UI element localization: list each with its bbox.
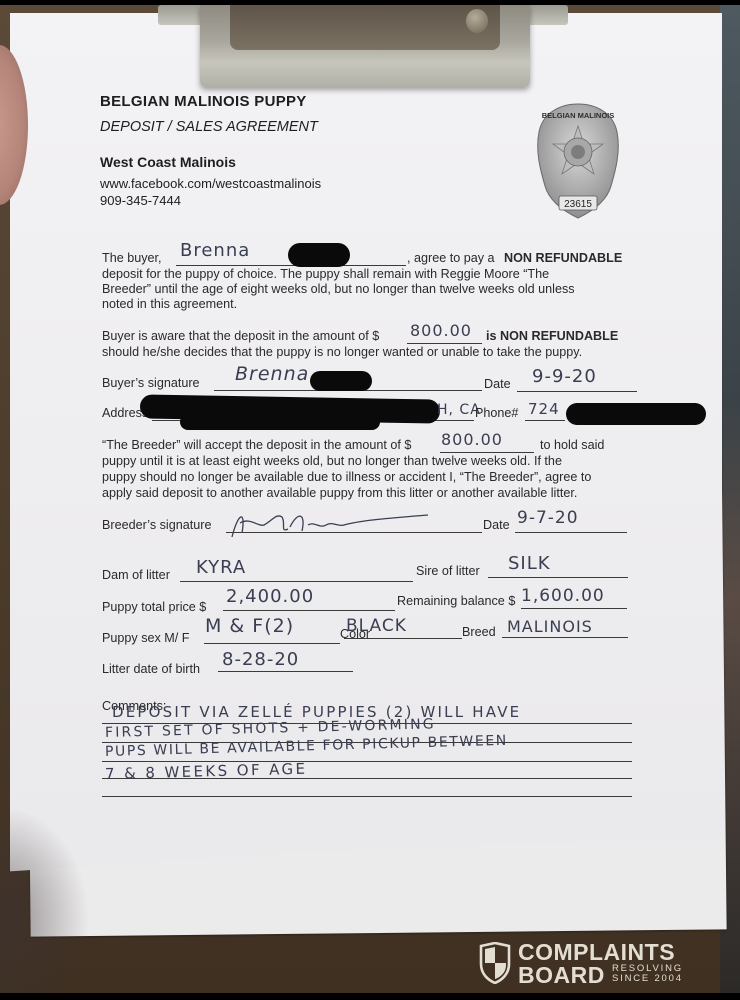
p3-line4: apply said deposit to another available … — [102, 486, 577, 501]
p3-line2: puppy until it is at least eight weeks o… — [102, 454, 562, 469]
dob-field[interactable]: 8-28-20 — [222, 652, 299, 667]
document-subtitle: DEPOSIT / SALES AGREEMENT — [100, 120, 318, 135]
balance-label: Remaining balance $ — [397, 594, 515, 609]
breeder-date-label: Date — [483, 518, 510, 533]
breeder-date-field[interactable]: 9-7-20 — [517, 511, 579, 526]
p3-suffix: to hold said — [540, 438, 604, 453]
svg-text:BELGIAN MALINOIS: BELGIAN MALINOIS — [542, 111, 615, 120]
redaction — [288, 243, 350, 267]
p1-line4: noted in this agreement. — [102, 297, 237, 312]
redaction — [310, 371, 372, 391]
svg-text:23615: 23615 — [564, 199, 592, 210]
p3-line3: puppy should no longer be available due … — [102, 470, 591, 485]
deposit-amount-field[interactable]: 800.00 — [410, 323, 472, 338]
document-title: BELGIAN MALINOIS PUPPY — [100, 94, 307, 109]
breeder-deposit-field[interactable]: 800.00 — [441, 432, 503, 447]
p1-line3: Breeder” until the age of eight weeks ol… — [102, 282, 575, 297]
breed-label: Breed — [462, 625, 496, 640]
dam-label: Dam of litter — [102, 568, 170, 583]
redaction — [566, 403, 706, 425]
badge-logo: 23615 BELGIAN MALINOIS — [533, 102, 623, 220]
breeder-signature-field[interactable] — [228, 503, 438, 543]
company-name: West Coast Malinois — [100, 155, 236, 170]
sire-label: Sire of litter — [416, 564, 480, 579]
breed-field[interactable]: MALINOIS — [507, 619, 593, 634]
clipboard-clip — [158, 5, 568, 87]
company-phone: 909-345-7444 — [100, 193, 181, 208]
color-field[interactable]: BLACK — [346, 619, 407, 634]
sex-label: Puppy sex M/ F — [102, 631, 190, 646]
shield-icon — [478, 942, 512, 984]
comment-line: DEPOSIT VIA ZELLÉ PUPPIES (2) WILL HAVE — [112, 705, 521, 720]
p1-bold: NON REFUNDABLE — [504, 251, 622, 266]
p2-line2: should he/she decides that the puppy is … — [102, 345, 582, 360]
p1-after: , agree to pay a — [407, 251, 495, 266]
sex-field[interactable]: M & F(2) — [205, 619, 294, 634]
sire-field[interactable]: SILK — [508, 556, 551, 571]
total-price-field[interactable]: 2,400.00 — [226, 589, 314, 604]
buyer-name-field[interactable]: Brenna — [180, 243, 250, 258]
p2-prefix: Buyer is aware that the deposit in the a… — [102, 329, 379, 344]
breeder-signature-label: Breeder’s signature — [102, 518, 211, 533]
p1-prefix: The buyer, — [102, 251, 162, 266]
photo-scene: BELGIAN MALINOIS PUPPY DEPOSIT / SALES A… — [0, 5, 740, 993]
buyer-signature-field[interactable]: Brenna — [235, 367, 309, 382]
company-website: www.facebook.com/westcoastmalinois — [100, 176, 321, 191]
shadow — [0, 805, 90, 993]
p2-bold: is NON REFUNDABLE — [486, 329, 618, 344]
dob-label: Litter date of birth — [102, 662, 200, 677]
redaction — [180, 414, 380, 430]
remaining-balance-field[interactable]: 1,600.00 — [521, 589, 605, 604]
phone-label: Phone# — [475, 406, 518, 421]
buyer-date-label: Date — [484, 377, 511, 392]
p1-line2: deposit for the puppy of choice. The pup… — [102, 267, 549, 282]
buyer-date-field[interactable]: 9-9-20 — [532, 369, 597, 384]
dam-field[interactable]: KYRA — [196, 560, 246, 575]
p3-prefix: “The Breeder” will accept the deposit in… — [102, 438, 411, 453]
buyer-signature-label: Buyer’s signature — [102, 376, 200, 391]
complaintsboard-watermark: COMPLAINTS BOARD RESOLVING SINCE 2004 — [478, 940, 698, 990]
phone-field[interactable]: 724 — [528, 402, 560, 417]
badge-icon: 23615 BELGIAN MALINOIS — [533, 102, 623, 220]
price-label: Puppy total price $ — [102, 600, 206, 615]
